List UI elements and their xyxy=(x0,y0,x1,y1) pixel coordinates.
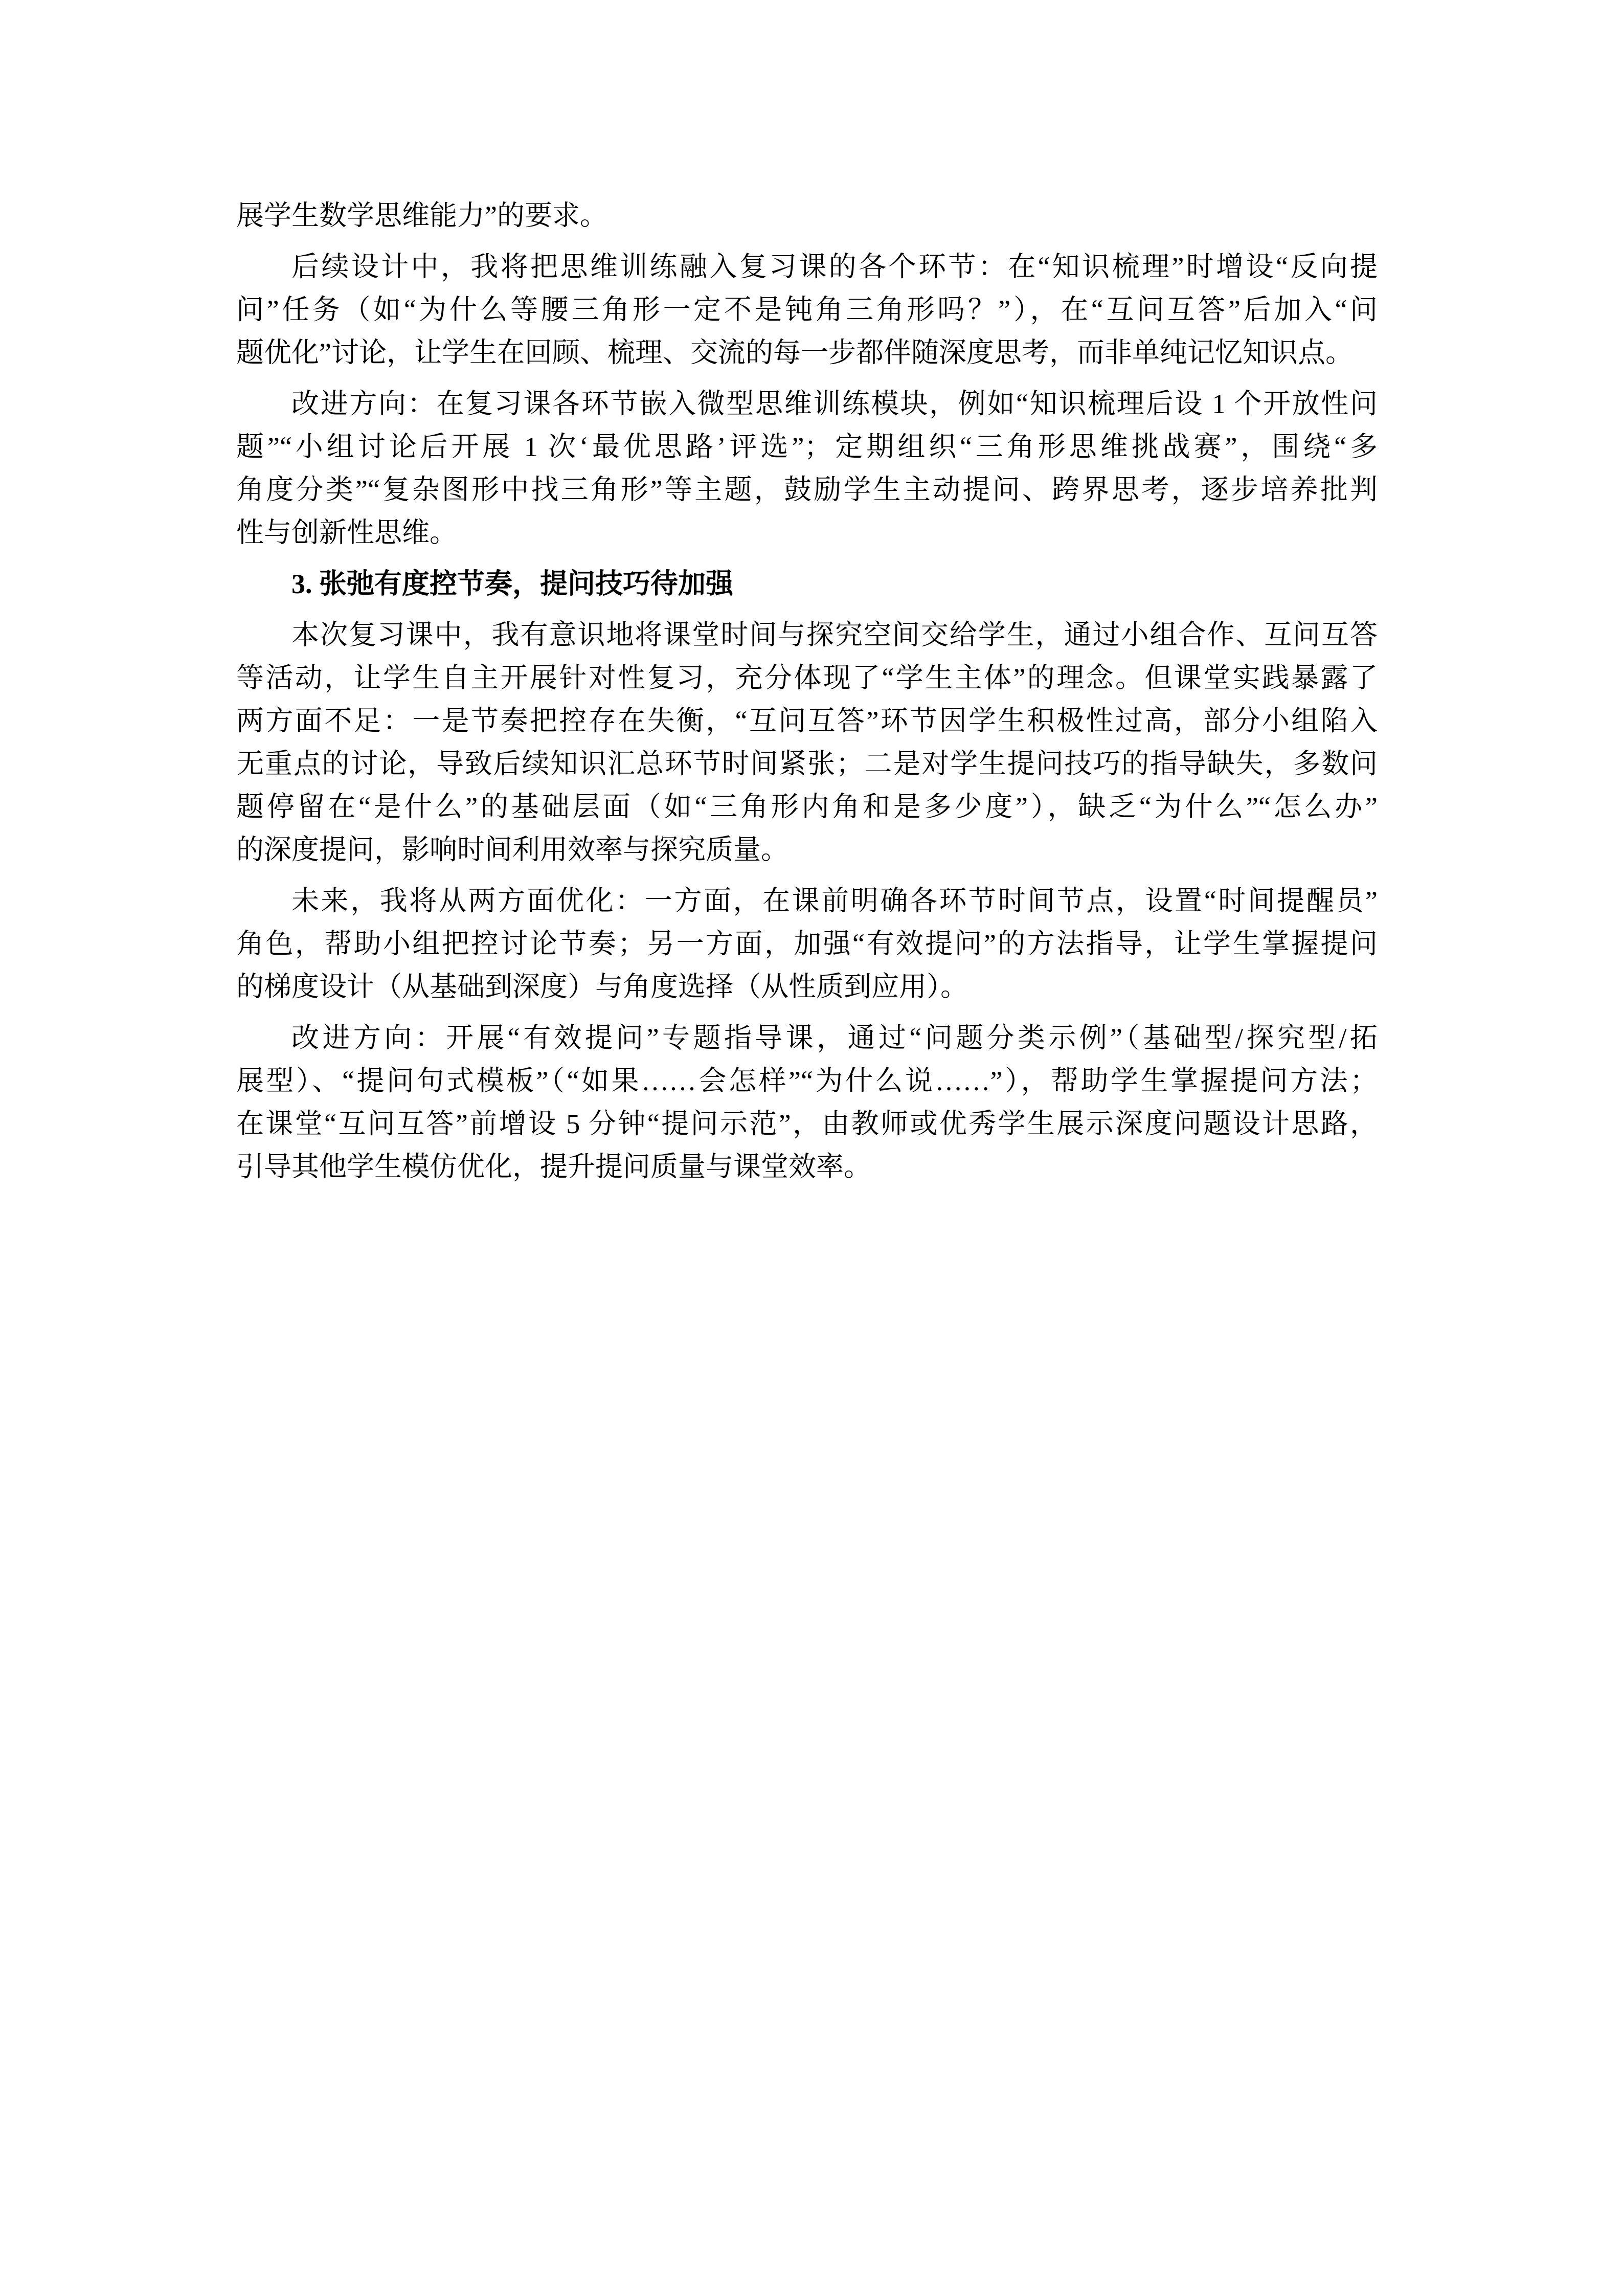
text-line: 两方面不足：一是节奏把控存在失衡，“互问互答”环节因学生积极性过高，部分小组陷入 xyxy=(236,700,1378,742)
text-line: 的梯度设计（从基础到深度）与角度选择（从性质到应用）。 xyxy=(236,965,1378,1008)
text-line: 题优化”讨论，让学生在回顾、梳理、交流的每一步都伴随深度思考，而非单纯记忆知识点… xyxy=(236,331,1378,374)
text-line: 问”任务（如“为什么等腰三角形一定不是钝角三角形吗？”），在“互问互答”后加入“… xyxy=(236,288,1378,331)
text-line: 展学生数学思维能力”的要求。 xyxy=(236,194,1378,237)
text-line: 无重点的讨论，导致后续知识汇总环节时间紧张；二是对学生提问技巧的指导缺失，多数问 xyxy=(236,742,1378,785)
text-line: 的深度提问，影响时间利用效率与探究质量。 xyxy=(236,828,1378,871)
text-line: 未来，我将从两方面优化：一方面，在课前明确各环节时间节点，设置“时间提醒员” xyxy=(236,880,1378,922)
text-line: 展型）、“提问句式模板”（“如果……会怎样”“为什么说……”），帮助学生掌握提问… xyxy=(236,1060,1378,1102)
text-line: 等活动，让学生自主开展针对性复习，充分体现了“学生主体”的理念。但课堂实践暴露了 xyxy=(236,657,1378,700)
text-line: 角度分类”“复杂图形中找三角形”等主题，鼓励学生主动提问、跨界思考，逐步培养批判 xyxy=(236,468,1378,511)
section-heading: 3. 张弛有度控节奏，提问技巧待加强 xyxy=(236,562,1378,605)
text-line: 改进方向：在复习课各环节嵌入微型思维训练模块，例如“知识梳理后设 1 个开放性问 xyxy=(236,382,1378,425)
text-line: 在课堂“互问互答”前增设 5 分钟“提问示范”，由教师或优秀学生展示深度问题设计… xyxy=(236,1102,1378,1145)
text-line: 题停留在“是什么”的基础层面（如“三角形内角和是多少度”），缺乏“为什么”“怎么… xyxy=(236,785,1378,828)
text-line: 题”“小组讨论后开展 1 次‘最优思路’评选”；定期组织“三角形思维挑战赛”，围… xyxy=(236,425,1378,468)
document-text-block: 展学生数学思维能力”的要求。 后续设计中，我将把思维训练融入复习课的各个环节：在… xyxy=(236,194,1378,1197)
text-line: 本次复习课中，我有意识地将课堂时间与探究空间交给学生，通过小组合作、互问互答 xyxy=(236,614,1378,657)
word-document-page: { "document": { "background_color": "#ff… xyxy=(0,0,1623,2296)
text-line: 性与创新性思维。 xyxy=(236,511,1378,554)
text-line: 引导其他学生模仿优化，提升提问质量与课堂效率。 xyxy=(236,1145,1378,1188)
text-line: 角色，帮助小组把控讨论节奏；另一方面，加强“有效提问”的方法指导，让学生掌握提问 xyxy=(236,922,1378,965)
text-line: 改进方向：开展“有效提问”专题指导课，通过“问题分类示例”（基础型/探究型/拓 xyxy=(236,1017,1378,1060)
text-line: 后续设计中，我将把思维训练融入复习课的各个环节：在“知识梳理”时增设“反向提 xyxy=(236,245,1378,288)
